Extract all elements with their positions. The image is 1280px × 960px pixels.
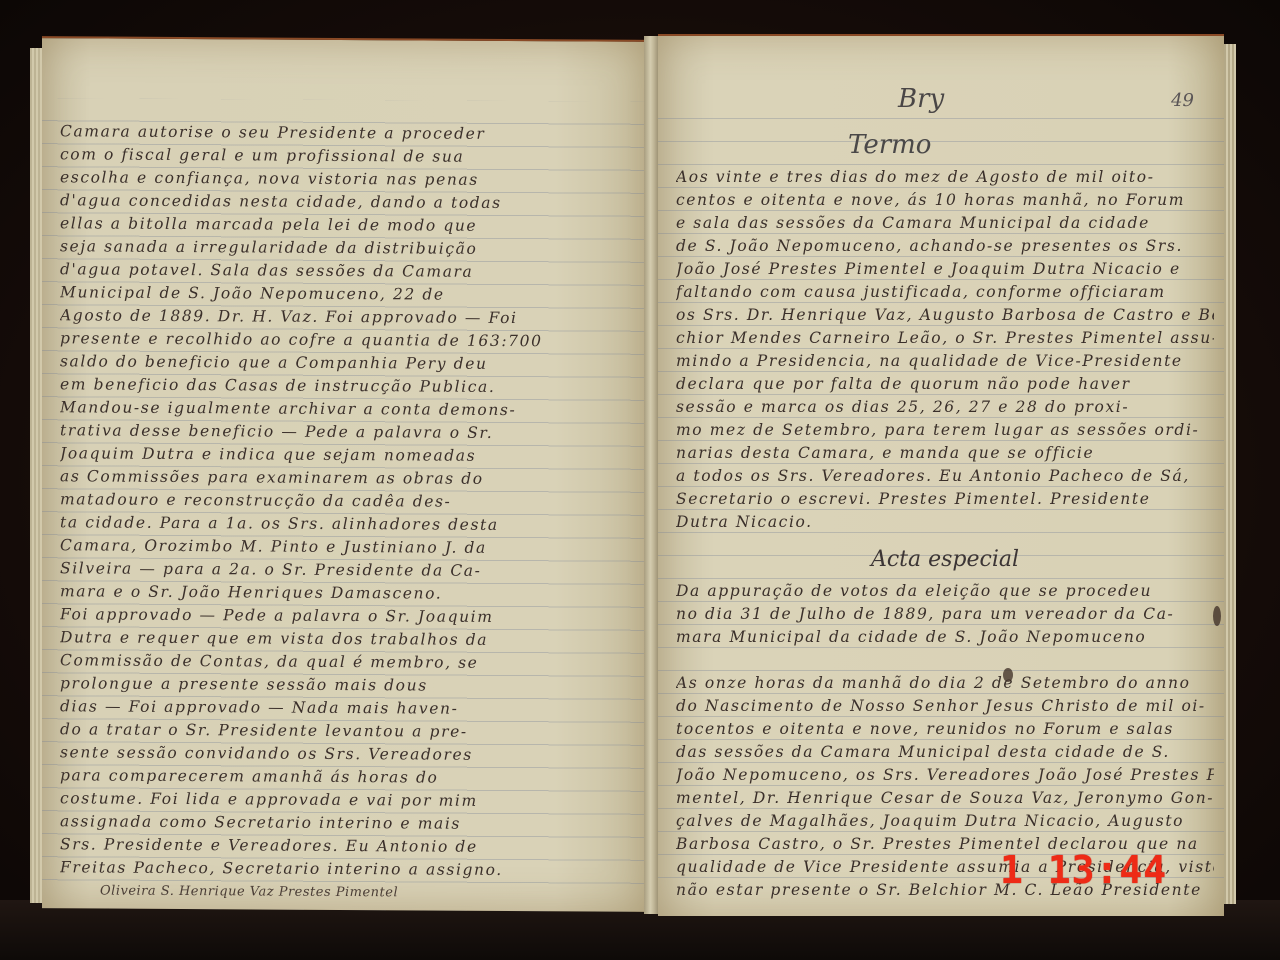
ink-blot [1213, 606, 1221, 626]
handwritten-line: declara que por falta de quorum não pode… [676, 373, 1214, 396]
handwritten-line: chior Mendes Carneiro Leão, o Sr. Preste… [676, 327, 1214, 350]
right-page-edges [1222, 44, 1236, 904]
handwritten-line: Oliveira S. Henrique Vaz Prestes Pimente… [60, 879, 636, 906]
handwritten-line: mentel, Dr. Henrique Cesar de Souza Vaz,… [676, 787, 1214, 810]
handwritten-line: tocentos e oitenta e nove, reunidos no F… [676, 718, 1214, 741]
handwritten-line: mo mez de Setembro, para terem lugar as … [676, 419, 1214, 442]
handwritten-line: Secretario o escrevi. Prestes Pimentel. … [676, 488, 1214, 511]
handwritten-line: no dia 31 de Julho de 1889, para um vere… [676, 603, 1214, 626]
right-page-text: Aos vinte e tres dias do mez de Agosto d… [676, 166, 1214, 902]
page-number: 49 [1171, 90, 1194, 111]
right-page: Bry 49 Termo Aos vinte e tres dias do me… [658, 34, 1224, 916]
handwritten-line: çalves de Magalhães, Joaquim Dutra Nicac… [676, 810, 1214, 833]
handwritten-line: Aos vinte e tres dias do mez de Agosto d… [676, 166, 1214, 189]
termo-heading: Termo [848, 130, 931, 160]
handwritten-line: a todos os Srs. Vereadores. Eu Antonio P… [676, 465, 1214, 488]
handwritten-line: Da appuração de votos da eleição que se … [676, 580, 1214, 603]
handwritten-line: das sessões da Camara Municipal desta ci… [676, 741, 1214, 764]
left-page-text: Camara autorise o seu Presidente a proce… [60, 120, 636, 906]
handwritten-line: mindo a Presidencia, na qualidade de Vic… [676, 350, 1214, 373]
right-page-header: Bry 49 Termo [658, 76, 1224, 166]
handwritten-line: sessão e marca os dias 25, 26, 27 e 28 d… [676, 396, 1214, 419]
handwritten-line: João José Prestes Pimentel e Joaquim Dut… [676, 258, 1214, 281]
handwritten-line: faltando com causa justificada, conforme… [676, 281, 1214, 304]
handwritten-line: João Nepomuceno, os Srs. Vereadores João… [676, 764, 1214, 787]
left-page: Camara autorise o seu Presidente a proce… [42, 36, 646, 912]
camera-timestamp-overlay: 1 13:44 [1000, 848, 1167, 892]
acta-especial-heading: Acta especial [676, 534, 1214, 580]
blank-line [676, 649, 1214, 672]
handwritten-line: As onze horas da manhã do dia 2 de Setem… [676, 672, 1214, 695]
handwritten-line: Dutra Nicacio. [676, 511, 1214, 534]
handwritten-line: e sala das sessões da Camara Municipal d… [676, 212, 1214, 235]
handwritten-line: do Nascimento de Nosso Senhor Jesus Chri… [676, 695, 1214, 718]
ink-blot [1003, 668, 1013, 682]
handwritten-line: centos e oitenta e nove, ás 10 horas man… [676, 189, 1214, 212]
marginal-mark: Bry [898, 84, 944, 114]
handwritten-line: de S. João Nepomuceno, achando-se presen… [676, 235, 1214, 258]
handwritten-line: narias desta Camara, e manda que se offi… [676, 442, 1214, 465]
handwritten-line: os Srs. Dr. Henrique Vaz, Augusto Barbos… [676, 304, 1214, 327]
handwritten-line: mara Municipal da cidade de S. João Nepo… [676, 626, 1214, 649]
